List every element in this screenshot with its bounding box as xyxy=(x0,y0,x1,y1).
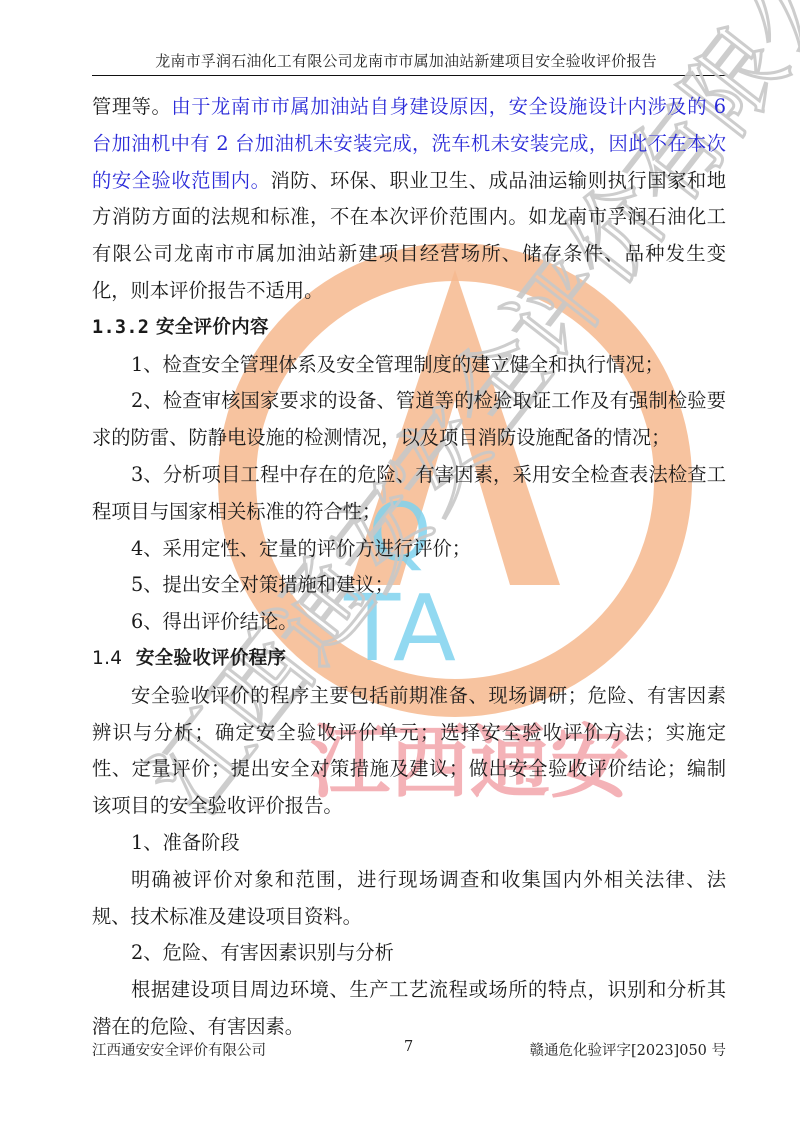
page-number: 7 xyxy=(404,1039,413,1055)
page-header: 龙南市孚润石油化工有限公司龙南市市属加油站新建项目安全验收评价报告 xyxy=(88,50,724,71)
list-item: 1、检查安全管理体系及安全管理制度的建立健全和执行情况； xyxy=(92,347,726,384)
page-footer: 江西通安安全评价有限公司 7 赣通危化验评字[2023]050 号 xyxy=(92,1039,726,1059)
step-paragraph: 根据建设项目周边环境、生产工艺流程或场所的特点，识别和分析其潜在的危险、有害因素… xyxy=(92,972,726,1046)
step-heading: 2、危险、有害因素识别与分析 xyxy=(92,935,726,972)
document-body: 管理等。由于龙南市市属加油站自身建设原因，安全设施设计内涉及的 6 台加油机中有… xyxy=(92,89,726,1046)
list-item: 4、采用定性、定量的评价方进行评价； xyxy=(92,531,726,568)
list-item: 6、得出评价结论。 xyxy=(92,604,726,641)
list-item: 2、检查审核国家要求的设备、管道等的检验取证工作及有强制检验要求的防雷、防静电设… xyxy=(92,383,726,457)
section-heading-1-4: 1.4 安全验收评价程序 xyxy=(92,641,726,678)
intro-lead: 管理等。 xyxy=(92,95,171,118)
list-item: 5、提出安全对策措施和建议； xyxy=(92,567,726,604)
footer-company: 江西通安安全评价有限公司 xyxy=(92,1039,266,1060)
procedure-paragraph: 安全验收评价的程序主要包括前期准备、现场调研；危险、有害因素辨识与分析；确定安全… xyxy=(92,678,726,825)
intro-paragraph: 管理等。由于龙南市市属加油站自身建设原因，安全设施设计内涉及的 6 台加油机中有… xyxy=(92,89,726,310)
header-divider xyxy=(92,75,726,76)
list-item: 3、分析项目工程中存在的危险、有害因素，采用安全检查表法检查工程项目与国家相关标… xyxy=(92,457,726,531)
step-paragraph: 明确被评价对象和范围，进行现场调查和收集国内外相关法律、法规、技术标准及建设项目… xyxy=(92,862,726,936)
step-heading: 1、准备阶段 xyxy=(92,825,726,862)
section-heading-1-3-2: 1.3.2 安全评价内容 xyxy=(92,310,726,347)
document-number: 赣通危化验评字[2023]050 号 xyxy=(530,1039,727,1060)
